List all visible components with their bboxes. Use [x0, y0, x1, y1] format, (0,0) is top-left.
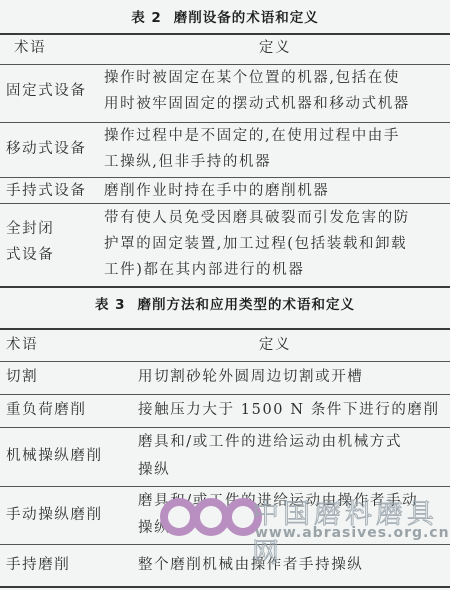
table3-row3-term: 机械操纵磨削 [6, 444, 103, 468]
table3-row4-def-line2: 操纵 [138, 516, 170, 540]
table3-caption-number: 表 3 [95, 297, 126, 313]
table2-header-rule [0, 64, 450, 65]
table3-top-rule [0, 328, 450, 330]
table3-row3-def-line2: 操纵 [138, 458, 170, 482]
table3-row5-term: 手持磨削 [6, 553, 70, 577]
table2-bottom-rule [0, 286, 450, 288]
table2-caption-number: 表 2 [131, 10, 162, 26]
table3-row4-def-line1: 磨具和/或工件的进给运动由操作者手动 [138, 489, 418, 513]
table2-row4-def-line2: 护罩的固定装置,加工过程(包括装载和卸载 [104, 232, 407, 256]
table2-row4-term-line2: 式设备 [6, 243, 54, 267]
table3-row2-def-line1: 接触压力大于 1500 N 条件下进行的磨削 [138, 398, 440, 422]
table2-header-definition: 定义 [0, 36, 450, 60]
table3-bottom-rule [0, 586, 450, 588]
table2-row-rule [0, 177, 450, 178]
table2-row1-def-line2: 用时被牢固固定的摆动式机器和移动式机器 [104, 92, 410, 116]
table2-row1-term: 固定式设备 [6, 79, 87, 103]
table3-row1-term: 切割 [6, 365, 38, 389]
table2-row-rule [0, 122, 450, 123]
table2-row1-def-line1: 操作时被固定在某个位置的机器,包括在使 [104, 66, 400, 90]
table3-row3-def-line1: 磨具和/或工件的进给运动由机械方式 [138, 430, 402, 454]
table2-caption: 表 2磨削设备的术语和定义 [0, 6, 450, 26]
table3-row2-term: 重负荷磨削 [6, 398, 87, 422]
watermark-url: www.abrasives.org.cn [255, 525, 450, 541]
table2-row3-term: 手持式设备 [6, 179, 87, 203]
table2-row2-term: 移动式设备 [6, 137, 87, 161]
table3-header-rule [0, 361, 450, 362]
table2-row4-def-line3: 工件)都在其内部进行的机器 [104, 258, 304, 282]
document-page: 表 2磨削设备的术语和定义 术语 定义 固定式设备 操作时被固定在某个位置的机器… [0, 0, 450, 590]
table3-row1-def-line1: 用切割砂轮外圆周边切割或开槽 [138, 365, 363, 389]
table3-caption: 表 3磨削方法和应用类型的术语和定义 [0, 293, 450, 313]
table2-row2-def-line2: 工操纵,但非手持的机器 [104, 150, 271, 174]
table2-row3-def-line1: 磨削作业时持在手中的磨削机器 [104, 179, 329, 203]
table3-row-rule [0, 544, 450, 545]
table3-row5-def-line1: 整个磨削机械由操作者手持操纵 [138, 553, 363, 577]
table2-top-rule [0, 33, 450, 35]
table2-caption-title: 磨削设备的术语和定义 [174, 10, 319, 26]
table3-row-rule [0, 394, 450, 395]
table3-row-rule [0, 486, 450, 487]
table2-row4-term-line1: 全封闭 [6, 217, 54, 241]
table3-row4-term: 手动操纵磨削 [6, 503, 103, 527]
table3-caption-title: 磨削方法和应用类型的术语和定义 [138, 297, 356, 313]
table2-row2-def-line1: 操作过程中是不固定的,在使用过程中由手 [104, 124, 400, 148]
table2-row-rule [0, 203, 450, 204]
table2-row4-def-line1: 带有使人员免受因磨具破裂而引发危害的防 [104, 206, 410, 230]
table3-header-definition: 定义 [0, 333, 450, 357]
table3-row-rule [0, 427, 450, 428]
